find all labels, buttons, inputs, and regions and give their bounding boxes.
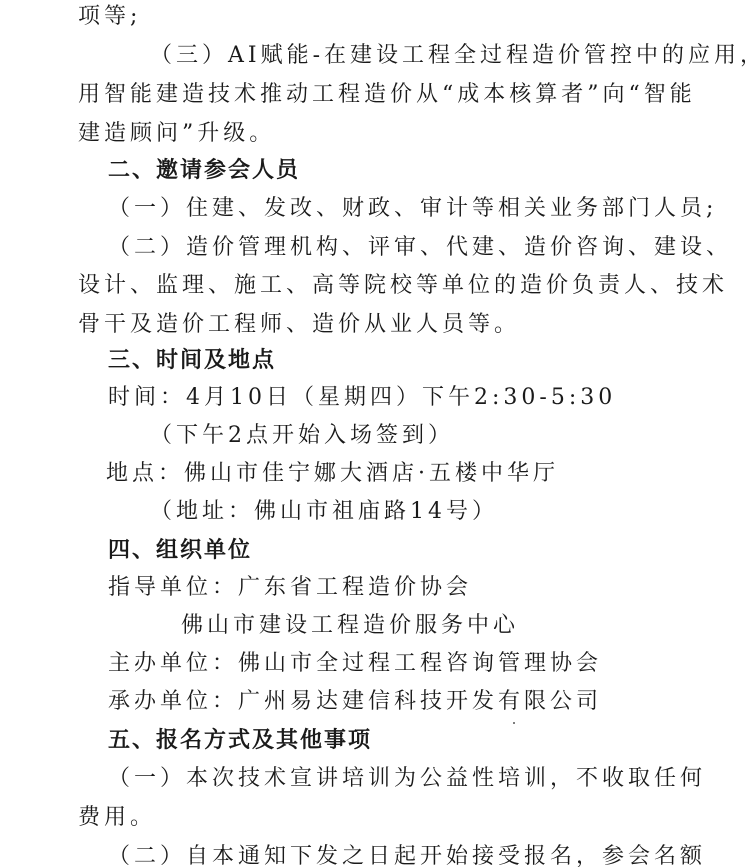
guiding-unit-2: 佛山市建设工程造价服务中心 — [181, 611, 519, 641]
organizer-unit: 承办单位：广州易达建信科技开发有限公司 — [108, 687, 602, 717]
sign-in-note: （下午2点开始入场签到） — [150, 421, 454, 451]
paragraph-continuation: 项等; — [78, 2, 141, 32]
section-heading-invitees: 二、邀请参会人员 — [108, 155, 300, 185]
section-heading-organizers: 四、组织单位 — [108, 535, 252, 565]
host-unit: 主办单位：佛山市全过程工程咨询管理协会 — [108, 649, 602, 679]
registration-item-1: （一）本次技术宣讲培训为公益性培训，不收取任何 — [108, 764, 706, 794]
item-3-end: 建造顾问”升级。 — [78, 119, 275, 149]
section-heading-time-location: 三、时间及地点 — [108, 345, 276, 375]
time-line: 时间：4月10日（星期四）下午2:30-5:30 — [108, 383, 616, 413]
invitee-item-2-continuation: 设计、监理、施工、高等院校等单位的造价负责人、技术 — [78, 271, 728, 301]
invitee-item-1: （一）住建、发改、财政、审计等相关业务部门人员; — [108, 194, 717, 224]
item-3-ai-empowerment: （三）AI赋能-在建设工程全过程造价管控中的应用， — [150, 41, 750, 71]
section-heading-registration: 五、报名方式及其他事项 — [108, 725, 372, 755]
guiding-unit-1: 指导单位：广东省工程造价协会 — [108, 573, 472, 603]
address-line: （地址：佛山市祖庙路14号） — [150, 497, 498, 527]
item-3-continuation: 用智能建造技术推动工程造价从“成本核算者”向“智能 — [78, 80, 696, 110]
location-line: 地点：佛山市佳宁娜大酒店·五楼中华厅 — [106, 459, 559, 489]
registration-item-1-end: 费用。 — [78, 803, 156, 833]
invitee-item-2: （二）造价管理机构、评审、代建、造价咨询、建设、 — [108, 233, 732, 263]
registration-item-2: （二）自本通知下发之日起开始接受报名，参会名额 — [108, 842, 706, 867]
scan-speck — [513, 722, 515, 724]
invitee-item-2-end: 骨干及造价工程师、造价从业人员等。 — [78, 310, 520, 340]
